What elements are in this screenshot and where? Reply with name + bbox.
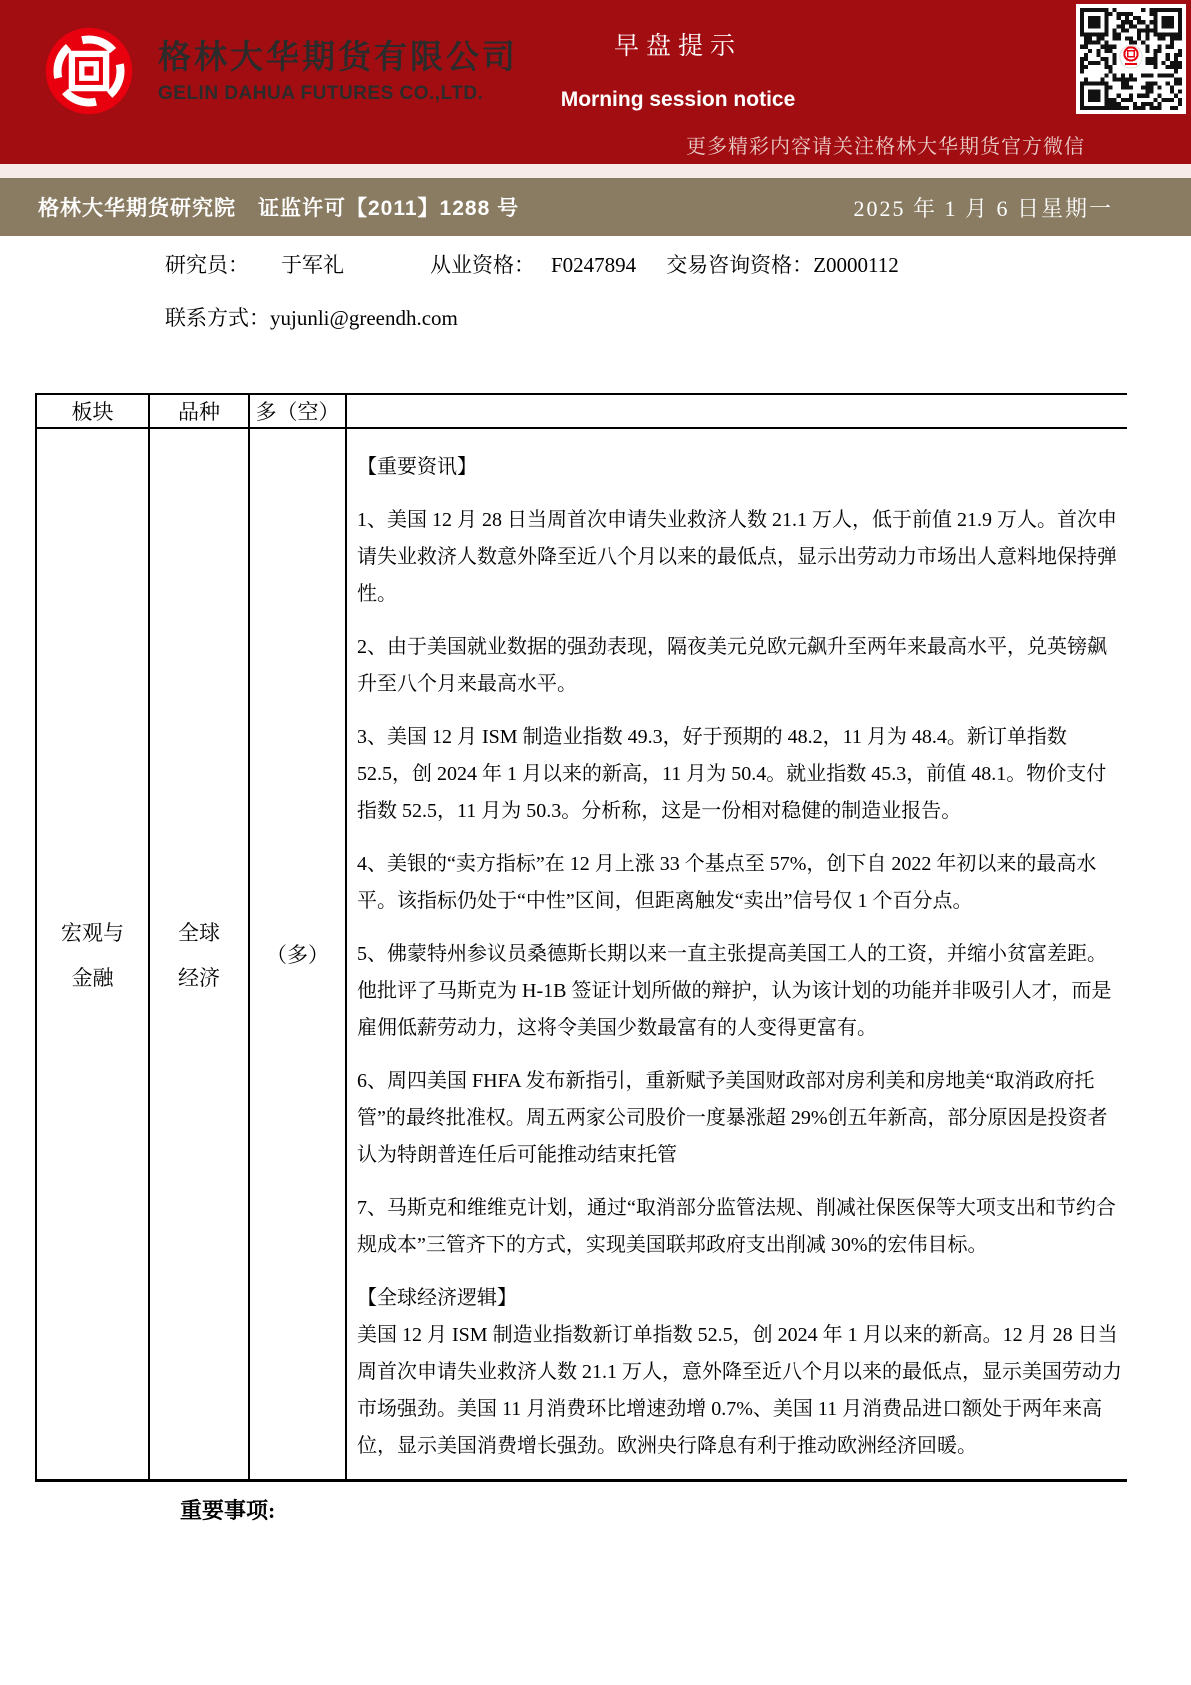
company-name-en: GELIN DAHUA FUTURES CO.,LTD.	[158, 83, 518, 105]
sector-line-1: 宏观与	[61, 917, 124, 947]
news-item: 4、美银的“卖方指标”在 12 月上涨 33 个基点至 57%，创下自 2022…	[357, 846, 1123, 920]
cell-sector: 宏观与 金融	[37, 429, 150, 1479]
cell-content: 【重要资讯】 1、美国 12 月 28 日当周首次申请失业救济人数 21.1 万…	[347, 429, 1127, 1479]
important-items-label: 重要事项:	[180, 1494, 1191, 1525]
brand-names: 格林大华期货有限公司 GELIN DAHUA FUTURES CO.,LTD.	[158, 37, 518, 106]
news-item: 5、佛蒙特州参议员桑德斯长期以来一直主张提高美国工人的工资，并缩小贫富差距。他批…	[357, 936, 1123, 1047]
researcher-info: 研究员：于军礼从业资格：F0247894交易咨询资格：Z0000112 联系方式…	[165, 252, 1191, 331]
notice-title-en: Morning session notice	[528, 88, 828, 112]
company-logo-icon	[44, 26, 134, 116]
masthead: 格林大华期货有限公司 GELIN DAHUA FUTURES CO.,LTD. …	[0, 0, 1191, 164]
researcher-name: 于军礼	[281, 253, 344, 277]
column-header-sector: 板块	[37, 395, 150, 429]
variety-line-1: 全球	[178, 917, 220, 947]
brand-block: 格林大华期货有限公司 GELIN DAHUA FUTURES CO.,LTD.	[44, 26, 518, 116]
logic-text: 美国 12 月 ISM 制造业指数新订单指数 52.5，创 2024 年 1 月…	[357, 1317, 1123, 1465]
news-item: 7、马斯克和维维克计划，通过“取消部分监管法规、削减社保医保等大项支出和节约合规…	[357, 1190, 1123, 1264]
column-header-empty	[347, 395, 1127, 429]
header-divider	[0, 164, 1191, 178]
section-title-news: 【重要资讯】	[357, 449, 1123, 486]
researcher-label: 研究员：	[165, 253, 249, 277]
cell-variety: 全球 经济	[150, 429, 250, 1479]
researcher-line-2: 联系方式：yujunli@greendh.com	[165, 305, 1191, 331]
report-date: 2025 年 1 月 6 日星期一	[853, 192, 1113, 223]
wechat-qr-code-icon	[1076, 4, 1186, 114]
column-header-position: 多（空）	[250, 395, 347, 429]
info-bar: 格林大华期货研究院 证监许可【2011】1288 号 2025 年 1 月 6 …	[0, 178, 1191, 236]
variety-line-2: 经济	[178, 962, 220, 992]
consulting-label: 交易咨询资格：	[666, 253, 813, 277]
cell-position: （多）	[250, 429, 347, 1479]
qualification-number: F0247894	[551, 253, 636, 277]
sector-line-2: 金融	[72, 962, 114, 992]
company-name-cn: 格林大华期货有限公司	[158, 37, 518, 77]
news-item: 3、美国 12 月 ISM 制造业指数 49.3，好于预期的 48.2，11 月…	[357, 719, 1123, 830]
contact-email: yujunli@greendh.com	[270, 306, 458, 330]
notice-table: 板块 品种 多（空） 宏观与 金融 全球 经济 （多） 【重要资讯】 1、美国 …	[35, 393, 1127, 1482]
consulting-number: Z0000112	[813, 253, 899, 277]
institute-license: 格林大华期货研究院 证监许可【2011】1288 号	[38, 192, 519, 222]
news-item: 1、美国 12 月 28 日当周首次申请失业救济人数 21.1 万人，低于前值 …	[357, 502, 1123, 613]
document-page: 格林大华期货有限公司 GELIN DAHUA FUTURES CO.,LTD. …	[0, 0, 1191, 1685]
notice-title-cn: 早盘提示	[528, 26, 828, 62]
notice-title-block: 早盘提示 Morning session notice	[528, 26, 828, 112]
wechat-note: 更多精彩内容请关注格林大华期货官方微信	[686, 130, 1085, 159]
column-header-variety: 品种	[150, 395, 250, 429]
researcher-line-1: 研究员：于军礼从业资格：F0247894交易咨询资格：Z0000112	[165, 252, 1191, 278]
position-value: （多）	[266, 939, 329, 969]
news-item: 6、周四美国 FHFA 发布新指引，重新赋予美国财政部对房利美和房地美“取消政府…	[357, 1063, 1123, 1174]
section-title-logic: 【全球经济逻辑】	[357, 1280, 1123, 1317]
news-item: 2、由于美国就业数据的强劲表现，隔夜美元兑欧元飙升至两年来最高水平，兑英镑飙升至…	[357, 629, 1123, 703]
contact-label: 联系方式：	[165, 306, 270, 330]
qualification-label: 从业资格：	[430, 253, 535, 277]
